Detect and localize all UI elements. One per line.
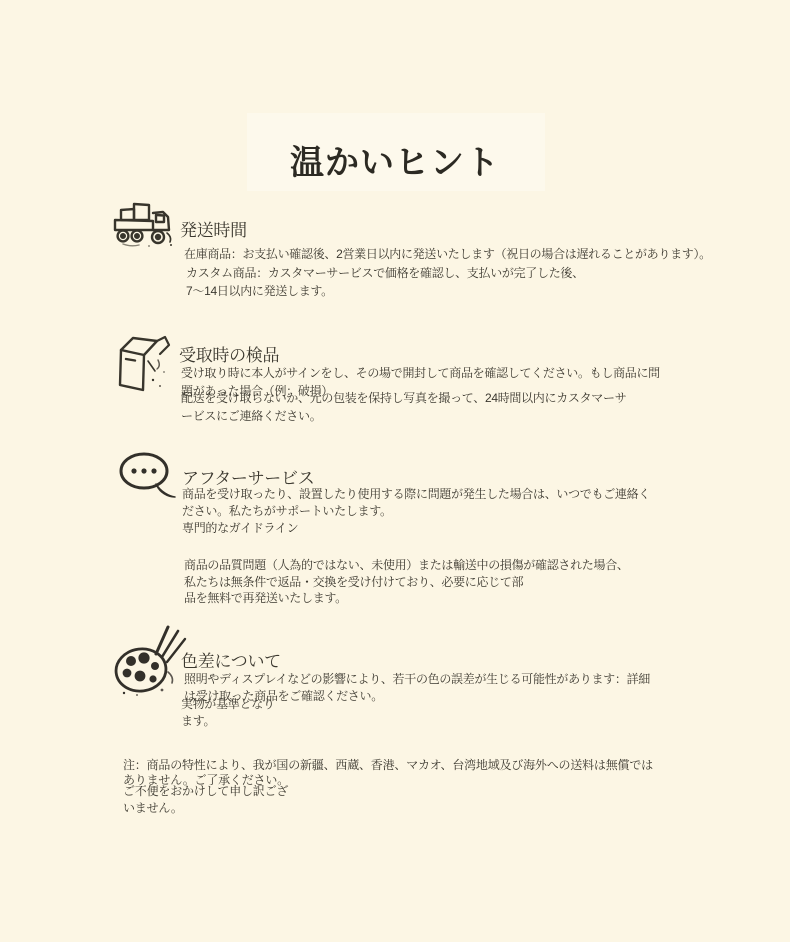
inspection-line: 配送を受け取らないか、元の包装を保持し写真を撮って、24時間以内にカスタマーサ: [181, 391, 626, 405]
color-line: 照明やディスプレイなどの影響により、若干の色の誤差が生じる可能性があります：詳細: [184, 672, 650, 686]
footer-note-line: ご不便をおかけして申し訳ござ: [123, 784, 288, 798]
after-service-line: 商品を受け取ったり、設置したり使用する際に問題が発生した場合は、いつでもご連絡く: [182, 487, 650, 501]
after-service-line: ださい。私たちがサポートいたします。: [182, 504, 392, 518]
section-heading-after-service: アフターサービス: [182, 464, 314, 489]
inspection-line: 受け取り時に本人がサインをし、その場で開封して商品を確認してください。もし商品に…: [181, 366, 660, 380]
footer-note-line: 注：商品の特性により、我が国の新疆、西蔵、香港、マカオ、台湾地域及び海外への送料…: [123, 758, 653, 772]
after-service-line: 私たちは無条件で返品・交換を受け付けており、必要に応じて部: [184, 575, 523, 589]
box-icon: [112, 328, 180, 394]
after-service-line: 商品の品質問題（人為的ではない、未使用）または輸送中の損傷が確認された場合、: [184, 558, 629, 572]
section-heading-shipping: 発送時間: [180, 216, 247, 241]
after-service-line: 品を無料で再発送いたします。: [184, 591, 347, 605]
warm-hints-panel: 温かいヒント 発送時間 在庫商品：お支払い確認後、2営業日以内に発送いたします（…: [0, 0, 790, 942]
shipping-line: 7〜14日以内に発送します。: [186, 284, 333, 298]
speech-bubble-icon: [117, 450, 181, 502]
page-title: 温かいヒント: [0, 135, 790, 184]
shipping-line: カスタム商品：カスタマーサービスで価格を確認し、支払いが完了した後、: [186, 266, 584, 280]
truck-icon: [111, 199, 181, 251]
after-service-line: 専門的なガイドライン: [182, 521, 298, 535]
section-heading-color: 色差について: [181, 647, 281, 672]
section-heading-inspection: 受取時の検品: [179, 341, 279, 366]
footer-note-line: いません。: [123, 801, 183, 815]
color-line: 実物が基準となり: [181, 697, 275, 711]
palette-icon: [110, 624, 192, 702]
color-line: ます。: [181, 714, 215, 728]
inspection-line: ービスにご連絡ください。: [181, 409, 321, 423]
shipping-line: 在庫商品：お支払い確認後、2営業日以内に発送いたします（祝日の場合は遅れることが…: [184, 247, 711, 261]
